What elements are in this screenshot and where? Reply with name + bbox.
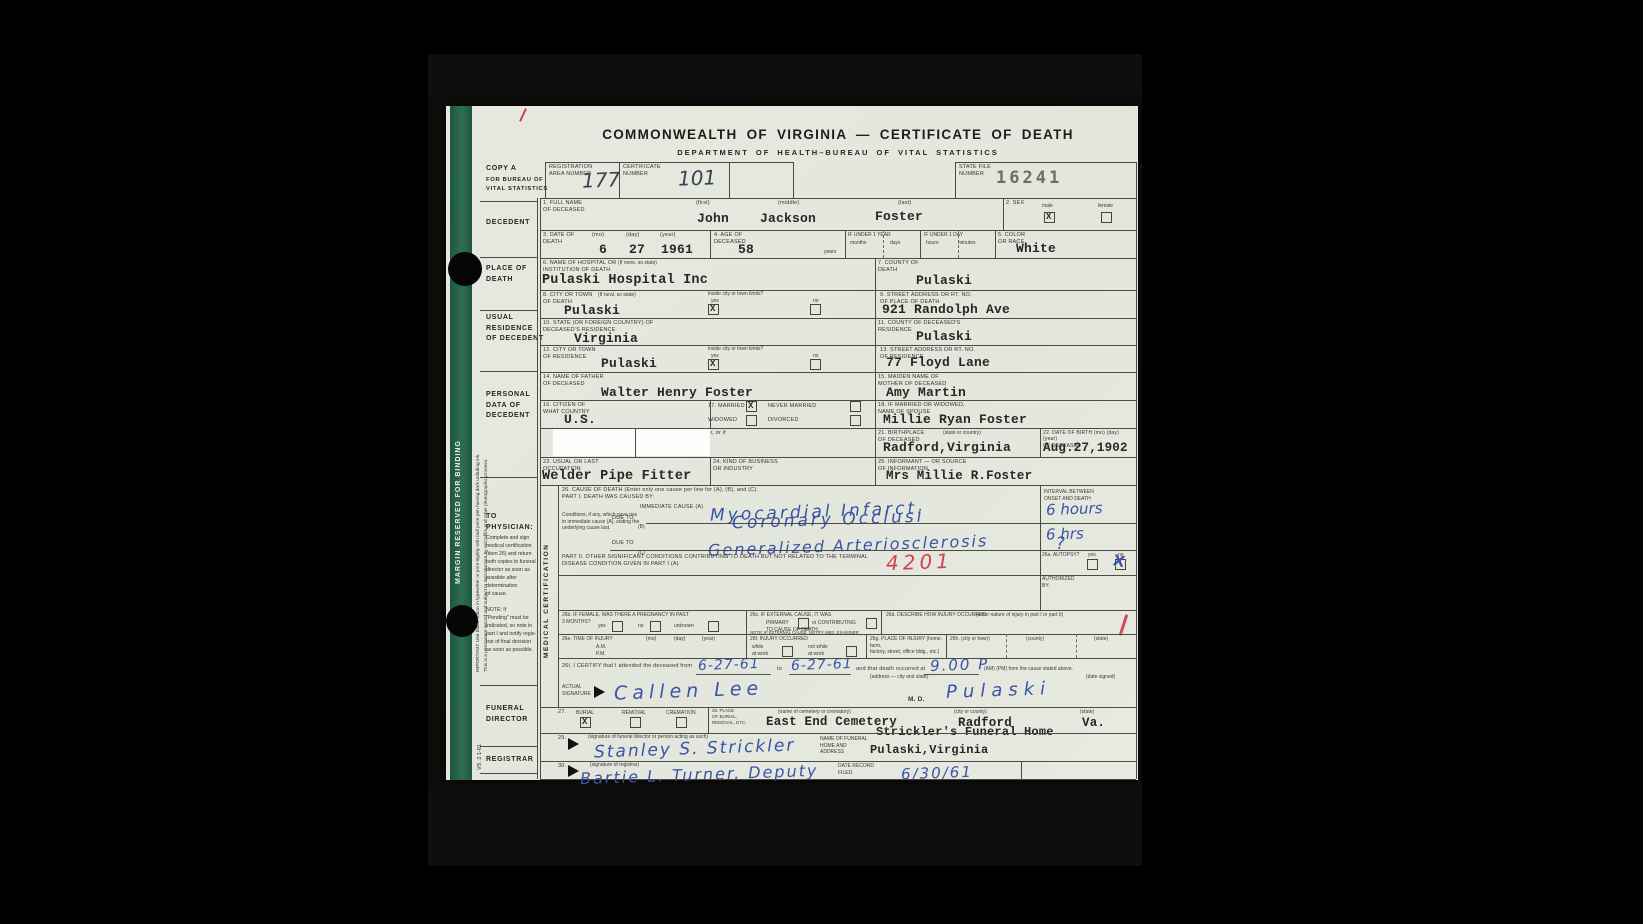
burial-state-note: (state) (1080, 709, 1094, 716)
certificate-number-value: 101 (678, 165, 717, 190)
age-value: 58 (738, 243, 754, 256)
checkbox-pregnancy-unknown (708, 621, 719, 632)
section-place-of-death: PLACE OF DEATH (486, 264, 527, 285)
minutes-sublabel: minutes (958, 240, 976, 247)
race-value: White (1016, 242, 1056, 255)
checkbox-limits-death-no (810, 304, 821, 315)
widowed-label: WIDOWED (708, 417, 737, 424)
hole-punch-bottom (446, 605, 478, 637)
citizen-value: U.S. (564, 413, 596, 426)
signature-arrow-funeral (568, 738, 579, 750)
section-funeral-director: FUNERAL DIRECTOR (486, 704, 528, 725)
time-of-injury-label: 26e. TIME OF INJURY (562, 636, 613, 643)
nature-note: (enter nature of injury in part I or par… (976, 612, 1063, 619)
checkbox-autopsy-yes (1087, 559, 1098, 570)
injury-county-label: (county) (1026, 636, 1044, 643)
primary-label: PRIMARY (766, 620, 789, 627)
autopsy-label: 26a. AUTOPSY? (1042, 552, 1079, 559)
place-of-burial-label: 28. PLACE OF BURIAL, REMOVAL, ETC. (712, 708, 746, 726)
death-certificate: MARGIN RESERVED FOR BINDING IMPORTANT: U… (446, 106, 1138, 780)
checkbox-limits-res-no (810, 359, 821, 370)
place-of-injury-label: 26g. PLACE OF INJURY (home, farm, factor… (870, 636, 944, 656)
margin-binding-text: MARGIN RESERVED FOR BINDING (455, 440, 462, 584)
day-sublabel: (day) (626, 232, 640, 239)
injury-state-label: (state) (1094, 636, 1108, 643)
spouse-value: Millie Ryan Foster (883, 413, 1027, 426)
year-sublabel: (year) (660, 232, 676, 239)
burial-label: BURIAL (576, 710, 594, 717)
certify-statement: 26i. I CERTIFY that I attended the decea… (562, 663, 692, 670)
while-at-work-label: while at work (752, 644, 768, 657)
father-value: Walter Henry Foster (601, 386, 753, 399)
if-rural-note: (If rural, so state) (598, 292, 636, 299)
section-personal-data: PERSONAL DATA OF DECEDENT (486, 390, 531, 422)
contributing-label: or CONTRIBUTING (812, 620, 856, 627)
checkbox-pregnancy-yes (612, 621, 623, 632)
signature-arrow-registrar (568, 765, 579, 777)
part2-label: PART II. OTHER SIGNIFICANT CONDITIONS CO… (562, 554, 1032, 568)
checkbox-widowed (746, 415, 757, 426)
funeral-home-value: Strickler's Funeral Home (876, 726, 1054, 738)
cremation-label: CREMATION (666, 710, 696, 717)
injury-city-label: 26h. (city or town) (950, 636, 990, 643)
father-label: 14. NAME OF FATHER OF DECEASED (543, 374, 604, 388)
copy-label: COPY A (486, 164, 517, 175)
external-cause-label: 26c. IF EXTERNAL CAUSE, IT WAS (750, 612, 831, 619)
actual-signature-label: ACTUAL SIGNATURE (562, 684, 591, 697)
pregnancy-yes-label: yes (598, 623, 606, 630)
section-registrar: REGISTRAR (486, 755, 534, 766)
full-name-label: 1. FULL NAME OF DECEASED (543, 200, 585, 214)
county-of-death-label: 7. COUNTY OF DEATH (878, 260, 919, 274)
immediate-cause-label: IMMEDIATE CAUSE (A) (640, 504, 703, 511)
pregnancy-no-label: no (638, 623, 644, 630)
physician-address: Pulaski (946, 678, 1052, 703)
conditions-note: Conditions, if any, which gave rise to i… (562, 512, 639, 532)
copy-sub1: FOR BUREAU OF (486, 176, 543, 185)
item-27-number: 27. (558, 709, 566, 716)
document-title: COMMONWEALTH OF VIRGINIA — CERTIFICATE O… (540, 128, 1136, 142)
ampm-note: (AM) (PM) from the cause stated above. (984, 666, 1134, 673)
street-residence-value: 77 Floyd Lane (886, 356, 990, 369)
funeral-home-address: Pulaski,Virginia (870, 744, 988, 756)
city-residence-value: Pulaski (601, 357, 657, 370)
state-or-country-note: (state or country) (943, 430, 981, 437)
section-decedent: DECEDENT (486, 218, 530, 229)
death-day-value: 27 (629, 243, 645, 256)
hospital-value: Pulaski Hospital Inc (542, 274, 708, 288)
address-note: (address — city and state) (870, 674, 928, 681)
autopsy-no-pen-mark: X (1112, 553, 1126, 570)
pregnancy-unknown-label: unknown (674, 623, 694, 630)
street-of-death-value: 921 Randolph Ave (882, 303, 1010, 316)
signature-arrow-physician (594, 686, 605, 698)
county-of-death-value: Pulaski (916, 274, 972, 287)
part2-code-value: 4201 (886, 549, 954, 575)
injury-year-sublabel: (year) (702, 636, 715, 643)
copy-sub2: VITAL STATISTICS (486, 185, 548, 194)
interval-a-value: 6 hours (1046, 499, 1103, 519)
married-label: 17. MARRIED (708, 403, 745, 410)
document-subtitle: DEPARTMENT OF HEALTH–BUREAU OF VITAL STA… (540, 149, 1136, 157)
removal-label: REMOVAL (622, 710, 646, 717)
limits-death-yes-mark: X (710, 305, 715, 314)
checkbox-divorced (850, 415, 861, 426)
date-of-death-label: 3. DATE OF DEATH (543, 232, 575, 246)
describe-injury-label: 26d. DESCRIBE HOW INJURY OCCURRED. (886, 612, 987, 619)
section-usual-residence: USUAL RESIDENCE OF DECEDENT (486, 313, 544, 345)
informant-value: Mrs Millie R.Foster (886, 470, 1032, 483)
days-sublabel: days (890, 240, 901, 247)
pending-note: NOTE: If "Pending" must be indicated, so… (486, 606, 536, 654)
injury-day-sublabel: (day) (674, 636, 685, 643)
state-file-value: 16241 (996, 170, 1062, 187)
first-name-value: John (697, 212, 729, 225)
married-mark: X (748, 402, 753, 411)
mother-value: Amy Martin (886, 386, 966, 399)
authorized-by-label: AUTHORIZED BY: (1042, 576, 1075, 589)
state-residence-value: Virginia (574, 332, 638, 345)
business-label: 24. KIND OF BUSINESS OR INDUSTRY (713, 459, 778, 473)
mo-sublabel: (mo) (592, 232, 604, 239)
city-of-death-value: Pulaski (564, 304, 620, 317)
city-residence-label: 12. CITY OR TOWN OF RESIDENCE (543, 347, 596, 361)
red-pen-mark (1119, 614, 1129, 636)
county-residence-value: Pulaski (916, 330, 972, 343)
certificate-number-label: CERTIFICATE NUMBER (623, 164, 661, 178)
limits-res-yes-mark: X (710, 360, 715, 369)
death-occurred-label: and that death occurred at (856, 666, 925, 673)
last-name-value: Foster (875, 210, 923, 223)
checkbox-removal (630, 717, 641, 728)
under-1-year-label: IF UNDER 1 YEAR (848, 232, 891, 239)
checkbox-pregnancy-no (650, 621, 661, 632)
never-married-label: NEVER MARRIED (768, 403, 816, 410)
divorced-label: DIVORCED (768, 417, 799, 424)
not-while-at-work-label: not while at work (808, 644, 828, 657)
date-filed-value: 6/30/61 (901, 763, 973, 783)
redaction-box (553, 429, 710, 456)
date-filed-label: DATE RECORD FILED. (838, 763, 874, 776)
hours-sublabel: hours (926, 240, 939, 247)
middle-sublabel: (middle) (778, 200, 799, 207)
hole-punch-top (448, 252, 482, 286)
to-physician-note: Complete and sign medical certification … (486, 534, 536, 599)
registration-area-value: 177 (582, 167, 621, 192)
burial-state-value: Va. (1082, 717, 1105, 730)
birthplace-value: Radford,Virginia (883, 441, 1011, 454)
injury-occurred-label: 26f. INJURY OCCURRED (750, 636, 808, 643)
date-signed-note: (date signed) (1086, 674, 1115, 681)
last-sublabel: (last) (898, 200, 911, 207)
middle-name-value: Jackson (760, 212, 816, 225)
due-to-label-c: DUE TO (612, 540, 634, 547)
photo-background: MARGIN RESERVED FOR BINDING IMPORTANT: U… (0, 0, 1643, 924)
to-word: to (777, 666, 782, 673)
checkbox-sex-female (1101, 212, 1112, 223)
form-code: VS. 2 1-61 (478, 744, 484, 770)
checkbox-cremation (676, 717, 687, 728)
burial-city-note: (city or county) (954, 709, 987, 716)
occupation-value: Welder Pipe Fitter (542, 470, 691, 484)
item-29-number: 29. (558, 735, 566, 742)
checkbox-contributing (866, 618, 877, 629)
months-sublabel: months (850, 240, 866, 247)
checkbox-never-married (850, 401, 861, 412)
medical-certification-vertical-label: MEDICAL CERTIFICATION (544, 543, 551, 658)
burial-mark: X (582, 718, 587, 727)
state-file-label: STATE FILE NUMBER (959, 164, 991, 178)
section-to-physician: TO PHYSICIAN: (486, 512, 533, 533)
red-pen-tick (519, 108, 527, 122)
dob-value: Aug.27,1902 (1043, 442, 1128, 455)
death-month-value: 6 (599, 243, 607, 256)
cause-of-death-header: 26. CAUSE OF DEATH (Enter only one cause… (562, 487, 758, 501)
autopsy-yes-label: yes (1088, 552, 1096, 559)
md-label: M. D. (908, 696, 925, 704)
checkbox-while-at-work (782, 646, 793, 657)
injury-mo-sublabel: (mo) (646, 636, 656, 643)
first-sublabel: (first) (696, 200, 710, 207)
years-sublabel: years (824, 249, 836, 256)
am-pm-label: A.M. P.M. (596, 644, 606, 657)
item-30-number: 30. (558, 763, 566, 770)
physician-signature: Callen Lee (614, 677, 764, 704)
death-year-value: 1961 (661, 243, 693, 256)
female-label: female (1098, 203, 1113, 210)
sex-label: 2. SEX (1006, 200, 1024, 207)
sex-male-mark: X (1046, 213, 1051, 222)
funeral-home-label: NAME OF FUNERAL HOME AND ADDRESS (820, 736, 868, 756)
hospital-label: 6. NAME OF HOSPITAL OR INSTITUTION OF DE… (543, 260, 616, 274)
limits-question-death: inside city or town limits? (708, 291, 820, 298)
if-none-note: (If none, so state) (618, 260, 657, 267)
limits-question-res: inside city or town limits? (708, 346, 820, 353)
male-label: male (1042, 203, 1053, 210)
